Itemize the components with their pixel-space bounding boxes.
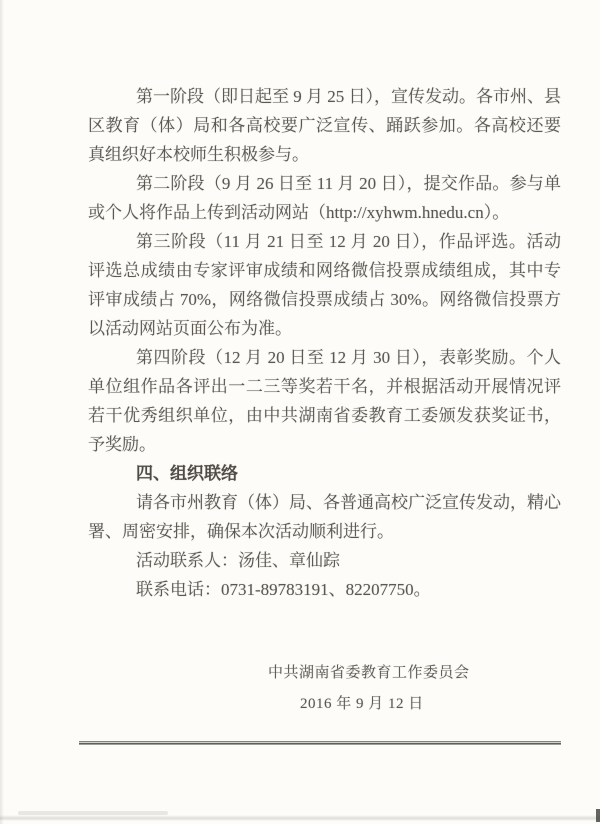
signature-organization: 中共湖南省委教育工作委员会 [268,662,470,684]
scan-right-edge-mark [596,809,600,822]
document-body: 第一阶段（即日起至 9 月 25 日），宣传发动。各市州、县市区教育（体）局和各… [88,82,561,604]
text-line: 第四阶段（12 月 20 日至 12 月 30 日），表彰奖励。个人组、 [88,343,561,372]
scanned-document-page: 第一阶段（即日起至 9 月 25 日），宣传发动。各市州、县市区教育（体）局和各… [0,0,600,824]
scan-left-edge-shadow [0,0,4,824]
text-line: 真组织好本校师生积极参与。 [88,140,561,169]
text-line: 第二阶段（9 月 26 日至 11 月 20 日），提交作品。参与单位 [88,169,561,198]
text-line: 评审成绩占 70%，网络微信投票成绩占 30%。网络微信投票方式 [88,285,561,314]
text-line: 区教育（体）局和各高校要广泛宣传、踊跃参加。各高校还要认 [88,111,561,140]
text-line: 署、周密安排，确保本次活动顺利进行。 [88,517,561,546]
text-line: 请各市州教育（体）局、各普通高校广泛宣传发动，精心部 [88,488,561,517]
scan-bottom-edge-shadow [0,815,600,821]
text-line: 予奖励。 [88,430,561,459]
text-line: 评选总成绩由专家评审成绩和网络微信投票成绩组成，其中专家 [88,256,561,285]
text-line: 单位组作品各评出一二三等奖若干名，并根据活动开展情况评选 [88,372,561,401]
text-line: 第三阶段（11 月 21 日至 12 月 20 日），作品评选。活动作品 [88,227,561,256]
text-line: 以活动网站页面公布为准。 [88,314,561,343]
text-line: 联系电话：0731-89783191、82207750。 [88,575,561,604]
text-line: 第一阶段（即日起至 9 月 25 日），宣传发动。各市州、县市 [88,82,561,111]
text-line: 活动联系人：汤佳、章仙踪 [88,546,561,575]
text-line: 四、组织联络 [88,459,561,488]
text-line: 或个人将作品上传到活动网站（http://xyhwm.hnedu.cn）。 [88,198,561,227]
footer-horizontal-rule [79,741,561,745]
signature-date: 2016 年 9 月 12 日 [300,693,424,715]
text-line: 若干优秀组织单位，由中共湖南省委教育工委颁发获奖证书，给 [88,401,561,430]
